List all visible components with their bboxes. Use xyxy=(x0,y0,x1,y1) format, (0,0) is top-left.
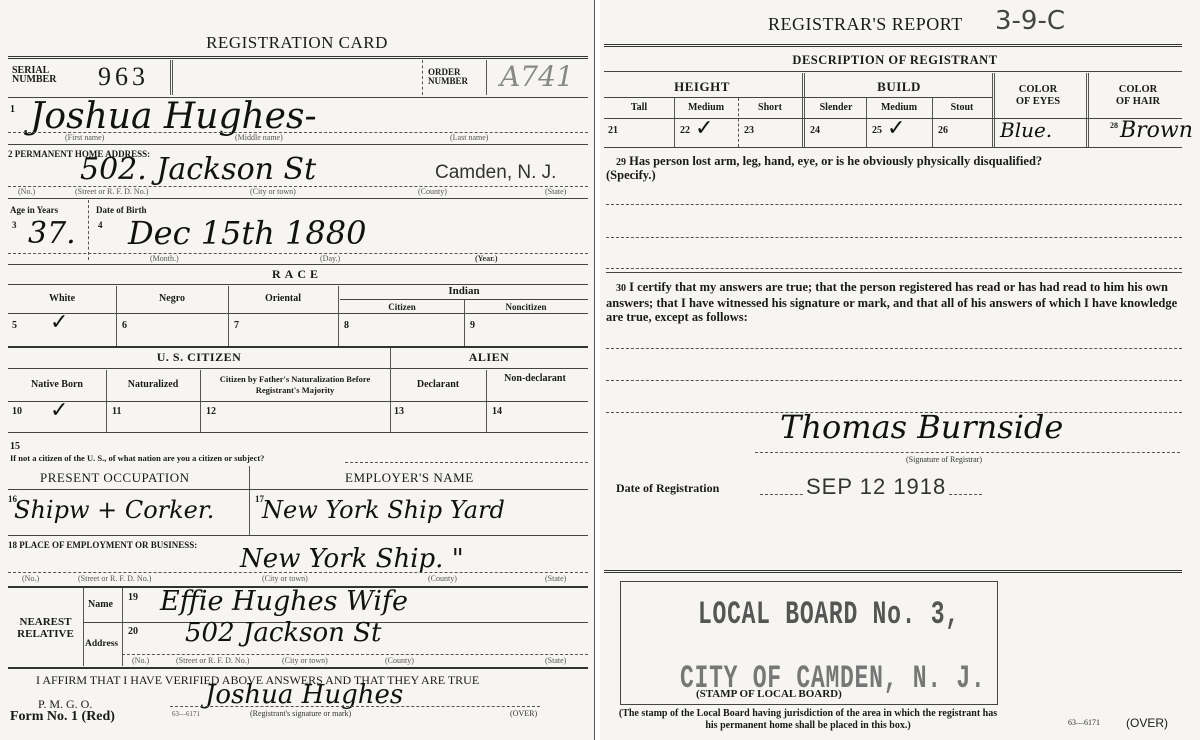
sub-label: (Middle name) xyxy=(235,133,283,142)
place-of-employment-label: 18 PLACE OF EMPLOYMENT OR BUSINESS: xyxy=(8,541,197,550)
occupation-value: Shipw + Corker. xyxy=(14,496,214,524)
build-stout-label: Stout xyxy=(932,103,992,112)
answer-line xyxy=(606,348,1182,349)
over-label: (OVER) xyxy=(510,709,537,718)
description-header: DESCRIPTION OF REGISTRANT xyxy=(600,53,1190,68)
sub-label: (State) xyxy=(545,656,566,665)
form-code: 63—6171 xyxy=(172,710,200,718)
form-code: 63—6171 xyxy=(1068,718,1100,727)
divider xyxy=(83,588,84,666)
sub-label: (Last name) xyxy=(450,133,488,142)
home-address-city: Camden, N. J. xyxy=(435,162,556,184)
eyes-header-line1: COLOR xyxy=(996,84,1080,96)
age-value: 37. xyxy=(28,216,76,251)
rule xyxy=(8,368,588,369)
hair-color-value: Brown xyxy=(1120,118,1193,143)
signature-label: (Registrant's signature or mark) xyxy=(250,709,351,718)
height-header: HEIGHT xyxy=(604,79,800,95)
relative-name-value: Effie Hughes Wife xyxy=(160,586,408,617)
divider xyxy=(116,286,117,346)
rule xyxy=(8,535,588,536)
divider xyxy=(170,60,173,95)
rule xyxy=(8,56,588,59)
field-number: 26 xyxy=(938,125,948,136)
field-29-question: 29 Has person lost arm, leg, hand, eye, … xyxy=(616,154,1042,170)
build-header: BUILD xyxy=(806,79,992,95)
employer-value: New York Ship Yard xyxy=(262,496,505,524)
divider xyxy=(338,286,339,346)
divider xyxy=(422,60,423,95)
sub-label: (Street or R. F. D. No.) xyxy=(75,187,148,196)
height-medium-label: Medium xyxy=(674,103,738,112)
hair-header-line1: COLOR xyxy=(1094,84,1182,96)
field-number: 21 xyxy=(608,125,618,136)
field-number: 5 xyxy=(12,320,17,331)
non-declarant-label: Non-declarant xyxy=(490,373,580,384)
divider xyxy=(486,60,487,95)
build-medium-check: ✓ xyxy=(887,116,905,141)
rule xyxy=(122,654,588,655)
sub-label: (County) xyxy=(385,656,414,665)
rule xyxy=(604,71,1182,72)
form-number: Form No. 1 (Red) xyxy=(10,709,115,725)
order-label-line2: NUMBER xyxy=(428,77,468,86)
serial-number-label: SERIAL NUMBER xyxy=(12,66,56,84)
field-number: 29 xyxy=(616,157,626,168)
field-number: 7 xyxy=(234,320,239,331)
sub-label: (City or town) xyxy=(282,656,328,665)
rule xyxy=(8,346,588,348)
answer-line xyxy=(606,380,1182,381)
field-number: 11 xyxy=(112,406,121,417)
answer-line xyxy=(606,204,1182,205)
field-number: 28 xyxy=(1110,121,1118,130)
home-address-street: 502. Jackson St xyxy=(80,152,316,187)
order-number-label: ORDER NUMBER xyxy=(428,68,468,86)
rule xyxy=(604,147,1182,148)
sub-label: (County) xyxy=(428,574,457,583)
sub-label: (State) xyxy=(545,187,566,196)
rule xyxy=(8,264,588,265)
field-number: 15 xyxy=(10,441,20,452)
rule xyxy=(8,667,588,669)
field-number: 3 xyxy=(12,220,17,230)
rule xyxy=(170,706,540,707)
race-indian-citizen-label: Citizen xyxy=(340,303,464,312)
serial-label-line2: NUMBER xyxy=(12,75,56,84)
sub-label: (No.) xyxy=(18,187,35,196)
occupation-header: PRESENT OCCUPATION xyxy=(40,470,190,486)
field-number: 30 xyxy=(616,283,626,294)
sub-label: (No.) xyxy=(132,656,149,665)
rule xyxy=(604,44,1182,47)
over-label: (OVER) xyxy=(1126,716,1168,730)
race-white-label: White xyxy=(8,294,116,303)
race-white-check: ✓ xyxy=(50,310,68,335)
field-number: 10 xyxy=(12,406,22,417)
race-indian-label: Indian xyxy=(340,287,588,296)
field-30-certification: 30 I certify that my answers are true; t… xyxy=(606,280,1184,324)
registration-card-back: REGISTRAR'S REPORT 3-9-C DESCRIPTION OF … xyxy=(600,0,1200,740)
rule xyxy=(604,570,1182,573)
native-born-check: ✓ xyxy=(50,398,68,423)
date-of-registration-stamp: SEP 12 1918 xyxy=(804,474,948,500)
rule xyxy=(345,462,588,463)
relative-name-label: Name xyxy=(88,600,113,609)
rule xyxy=(8,572,588,573)
stamp-instruction: (The stamp of the Local Board having jur… xyxy=(616,708,1000,732)
order-number-value: A741 xyxy=(500,60,574,93)
sub-label: (Day.) xyxy=(320,254,340,263)
height-tall-label: Tall xyxy=(604,103,674,112)
citizen-by-father-label: Citizen by Father's Naturalization Befor… xyxy=(204,374,386,396)
date-of-registration-label: Date of Registration xyxy=(616,484,719,493)
field-29-text: Has person lost arm, leg, hand, eye, or … xyxy=(629,154,1042,168)
eye-color-value: Blue. xyxy=(1000,118,1052,142)
height-medium-check: ✓ xyxy=(695,116,713,141)
rule xyxy=(8,432,588,433)
nationality-question: If not a citizen of the U. S., of what n… xyxy=(10,454,264,463)
place-of-employment-value: New York Ship. " xyxy=(240,544,464,574)
height-short-label: Short xyxy=(738,103,802,112)
build-medium-label: Medium xyxy=(866,103,932,112)
field-number: 8 xyxy=(344,320,349,331)
alien-header: ALIEN xyxy=(390,350,588,365)
report-annotation: 3-9-C xyxy=(995,6,1065,36)
field-number: 20 xyxy=(128,626,138,637)
field-number: 9 xyxy=(470,320,475,331)
field-number: 13 xyxy=(394,406,404,417)
sub-label: (City or town) xyxy=(262,574,308,583)
sub-label: (Month.) xyxy=(150,254,179,263)
field-number: 4 xyxy=(98,220,103,230)
field-30-text: I certify that my answers are true; that… xyxy=(606,280,1177,324)
divider xyxy=(802,73,805,147)
field-number: 12 xyxy=(206,406,216,417)
relative-address-value: 502 Jackson St xyxy=(185,618,381,648)
dob-value: Dec 15th 1880 xyxy=(128,214,366,252)
registrar-signature-label: (Signature of Registrar) xyxy=(906,455,982,464)
answer-line xyxy=(606,268,1182,269)
field-number: 24 xyxy=(810,125,820,136)
rule xyxy=(8,198,588,199)
eyes-header: COLOR OF EYES xyxy=(996,84,1080,108)
age-label: Age in Years xyxy=(10,206,58,215)
divider xyxy=(464,300,465,346)
nearest-relative-line2: RELATIVE xyxy=(8,628,83,640)
divider xyxy=(1086,73,1089,147)
sub-label: (County) xyxy=(418,187,447,196)
registrant-name: Joshua Hughes- xyxy=(30,96,317,137)
field-number: 22 xyxy=(680,125,690,136)
field-number: 14 xyxy=(492,406,502,417)
declarant-label: Declarant xyxy=(390,380,486,389)
race-indian-noncitizen-label: Noncitizen xyxy=(464,303,588,312)
relative-address-label: Address xyxy=(85,640,118,649)
field-number: 1 xyxy=(10,104,15,115)
field-29-specify: (Specify.) xyxy=(606,168,656,182)
field-number: 23 xyxy=(744,125,754,136)
rule xyxy=(8,313,588,314)
sub-label: (Street or R. F. D. No.) xyxy=(176,656,249,665)
divider xyxy=(992,73,995,147)
rule xyxy=(606,272,1182,273)
sub-label: (Year.) xyxy=(475,254,498,263)
hair-header-line2: OF HAIR xyxy=(1094,96,1182,108)
sub-label: (State) xyxy=(545,574,566,583)
field-number: 25 xyxy=(872,125,882,136)
divider xyxy=(228,286,229,346)
card-title: REGISTRATION CARD xyxy=(0,33,594,53)
sub-label: (First name) xyxy=(65,133,104,142)
us-citizen-header: U. S. CITIZEN xyxy=(8,350,390,365)
serial-number-value: 963 xyxy=(98,62,149,92)
race-header: RACE xyxy=(0,267,594,282)
answer-line xyxy=(606,237,1182,238)
rule xyxy=(755,452,1180,453)
sub-label: (No.) xyxy=(22,574,39,583)
native-born-label: Native Born xyxy=(8,380,106,389)
registration-card-front: REGISTRATION CARD SERIAL NUMBER 963 ORDE… xyxy=(0,0,594,740)
employer-header: EMPLOYER'S NAME xyxy=(345,470,474,486)
report-title: REGISTRAR'S REPORT xyxy=(768,14,963,35)
stamp-label: (STAMP OF LOCAL BOARD) xyxy=(696,690,842,699)
sub-label: (City or town) xyxy=(250,187,296,196)
sub-label: (Street or R. F. D. No.) xyxy=(78,574,151,583)
stamp-line-1: LOCAL BOARD No. 3, xyxy=(698,596,960,633)
rule xyxy=(8,144,588,145)
race-oriental-label: Oriental xyxy=(228,294,338,303)
race-negro-label: Negro xyxy=(116,294,228,303)
field-number: 6 xyxy=(122,320,127,331)
build-slender-label: Slender xyxy=(806,103,866,112)
divider xyxy=(249,466,250,536)
nearest-relative-label: NEAREST RELATIVE xyxy=(8,616,83,640)
rule xyxy=(8,489,588,490)
naturalized-label: Naturalized xyxy=(106,380,200,389)
rule xyxy=(8,284,588,285)
divider xyxy=(390,348,391,432)
rule xyxy=(8,401,588,402)
field-number: 19 xyxy=(128,592,138,603)
nearest-relative-line1: NEAREST xyxy=(8,616,83,628)
rule xyxy=(604,97,992,98)
hair-header: COLOR OF HAIR xyxy=(1094,84,1182,108)
divider xyxy=(88,200,89,260)
eyes-header-line2: OF EYES xyxy=(996,96,1080,108)
rule xyxy=(8,253,588,254)
registrar-signature: Thomas Burnside xyxy=(780,408,1063,446)
